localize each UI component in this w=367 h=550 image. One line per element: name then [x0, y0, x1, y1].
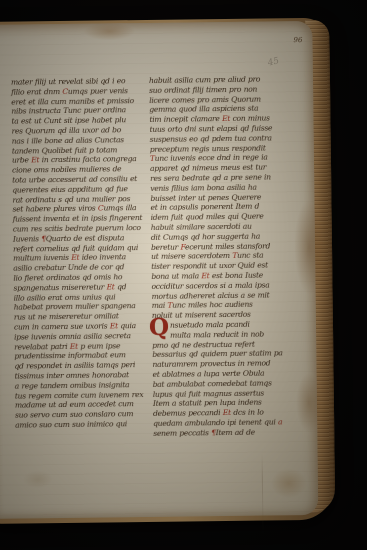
photo-frame: 96 45 mater filij ut revelat sibi qd i e…	[0, 0, 367, 550]
folio-number: 96	[293, 36, 302, 44]
manuscript-page: 96 45 mater filij ut revelat sibi qd i e…	[0, 21, 318, 519]
pencil-mark: 45	[267, 56, 281, 69]
manuscript-book: 96 45 mater filij ut revelat sibi qd i e…	[0, 18, 335, 524]
text-line: senem peccatis ¶Item ad de	[153, 427, 294, 439]
text-column-left: mater filij ut revelat sibi qd i eofilio…	[11, 76, 149, 430]
text-column-right: Q habuit asilia cum pre aliud prosuo ord…	[149, 74, 294, 438]
text-line: amico suo cum suo inimico qui	[15, 419, 149, 430]
parchment-crease	[262, 454, 264, 536]
stain	[23, 470, 53, 488]
